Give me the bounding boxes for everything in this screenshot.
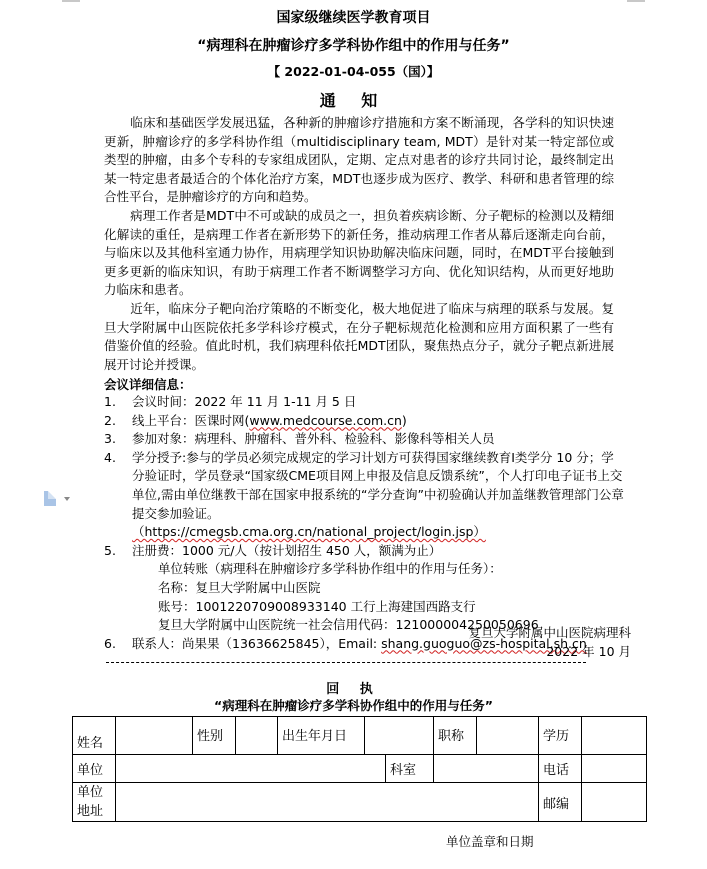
paragraph-2: 病理工作者是MDT中不可或缺的成员之一，担负着疾病诊断、分子靶标的检测以及精细化… [104, 207, 614, 300]
detail-item-time: 1. 会议时间：2022 年 11 月 1-11 月 5 日 [104, 393, 624, 412]
project-title: “病理科在肿瘤诊疗多学科协作组中的作用与任务” [0, 35, 707, 55]
input-unit[interactable] [116, 755, 386, 783]
item-text-suffix: ) [402, 413, 407, 428]
account-name: 名称：复旦大学附属中山医院 [132, 579, 624, 598]
paragraph-3-text: 近年，临床分子靶向治疗策略的不断变化，极大地促进了临床与病理的联系与发展。复旦大… [104, 301, 614, 372]
account-number: 账号：1001220709008933140 工行上海建国西路支行 [132, 598, 624, 617]
cme-system-link[interactable]: （https://cmegsb.cma.org.cn/national_proj… [132, 524, 486, 539]
label-name: 姓名 [73, 717, 116, 755]
input-address[interactable] [116, 783, 539, 822]
item-text: 注册费：1000 元/人（按计划招生 450 人，额满为止） [132, 543, 441, 558]
notice-heading: 通 知 [0, 88, 707, 111]
transfer-note: 单位转账（病理科在肿瘤诊疗多学科协作组中的作用与任务）： [132, 560, 624, 579]
receipt-subtitle: “病理科在肿瘤诊疗多学科协作组中的作用与任务” [0, 696, 707, 714]
item-number: 6. [104, 635, 132, 654]
paragraph-1: 临床和基础医学发展迅猛，各种新的肿瘤诊疗措施和方案不断涌现，各学科的知识快速更新… [104, 114, 614, 207]
input-phone[interactable] [582, 755, 647, 783]
item-text: 参加对象：病理科、肿瘤科、普外科、检验科、影像科等相关人员 [132, 430, 624, 449]
receipt-title: 回 执 [0, 678, 707, 697]
label-address: 单位地址 [73, 783, 116, 822]
label-birth: 出生年月日 [278, 717, 365, 755]
signature-date: 2022 年 10 月 [546, 642, 631, 660]
registration-form-table: 姓名 性别 出生年月日 职称 学历 单位 科室 电话 单位地址 邮编 [72, 716, 647, 822]
item-number: 5. [104, 542, 132, 635]
label-gender: 性别 [193, 717, 236, 755]
item-text: 线上平台：医课时网( [132, 413, 249, 428]
input-birth[interactable] [365, 717, 434, 755]
input-education[interactable] [582, 717, 647, 755]
label-unit: 单位 [73, 755, 116, 783]
label-education: 学历 [539, 717, 582, 755]
paragraph-2-text: 病理工作者是MDT中不可或缺的成员之一，担负着疾病诊断、分子靶标的检测以及精细化… [104, 208, 614, 297]
input-name[interactable] [116, 717, 193, 755]
item-number: 2. [104, 412, 132, 431]
item-number: 4. [104, 449, 132, 542]
document-icon[interactable] [44, 491, 56, 506]
detail-item-audience: 3. 参加对象：病理科、肿瘤科、普外科、检验科、影像科等相关人员 [104, 430, 624, 449]
input-gender[interactable] [236, 717, 278, 755]
item-number: 3. [104, 430, 132, 449]
details-title: 会议详细信息： [104, 375, 192, 393]
item-number: 1. [104, 393, 132, 412]
stamp-and-date-label: 单位盖章和日期 [446, 832, 534, 850]
input-department[interactable] [434, 755, 539, 783]
label-department: 科室 [386, 755, 434, 783]
item-text: 会议时间：2022 年 11 月 1-11 月 5 日 [132, 393, 624, 412]
paragraph-3: 近年，临床分子靶向治疗策略的不断变化，极大地促进了临床与病理的联系与发展。复旦大… [104, 300, 614, 374]
project-code: 【 2022-01-04-055（国）】 [0, 62, 707, 80]
chevron-down-icon[interactable] [64, 497, 70, 501]
paragraph-1-text: 临床和基础医学发展迅猛，各种新的肿瘤诊疗措施和方案不断涌现，各学科的知识快速更新… [104, 115, 614, 204]
input-job-title[interactable] [477, 717, 539, 755]
input-postcode[interactable] [582, 783, 647, 822]
detail-item-credits: 4. 学分授予:参与的学员必须完成规定的学习计划方可获得国家继续教育Ⅰ类学分 1… [104, 449, 624, 542]
item-text: 学分授予:参与的学员必须完成规定的学习计划方可获得国家继续教育Ⅰ类学分 10 分… [132, 450, 624, 521]
platform-link[interactable]: www.medcourse.com.cn [249, 413, 402, 428]
item-text: 联系人：尚果果（13636625845），Email: [132, 636, 381, 651]
label-postcode: 邮编 [539, 783, 582, 822]
label-address-text: 单位地址 [77, 783, 105, 821]
details-list: 1. 会议时间：2022 年 11 月 1-11 月 5 日 2. 线上平台：医… [104, 393, 624, 653]
label-job-title: 职称 [434, 717, 477, 755]
cut-line-divider [106, 662, 586, 663]
detail-item-platform: 2. 线上平台：医课时网(www.medcourse.com.cn) [104, 412, 624, 431]
page-corner-mark-right [627, 0, 645, 2]
program-title: 国家级继续医学教育项目 [0, 7, 707, 27]
label-phone: 电话 [539, 755, 582, 783]
signature-org: 复旦大学附属中山医院病理科 [468, 623, 631, 641]
page-corner-mark-left [62, 0, 80, 2]
detail-item-fee: 5. 注册费：1000 元/人（按计划招生 450 人，额满为止） 单位转账（病… [104, 542, 624, 635]
